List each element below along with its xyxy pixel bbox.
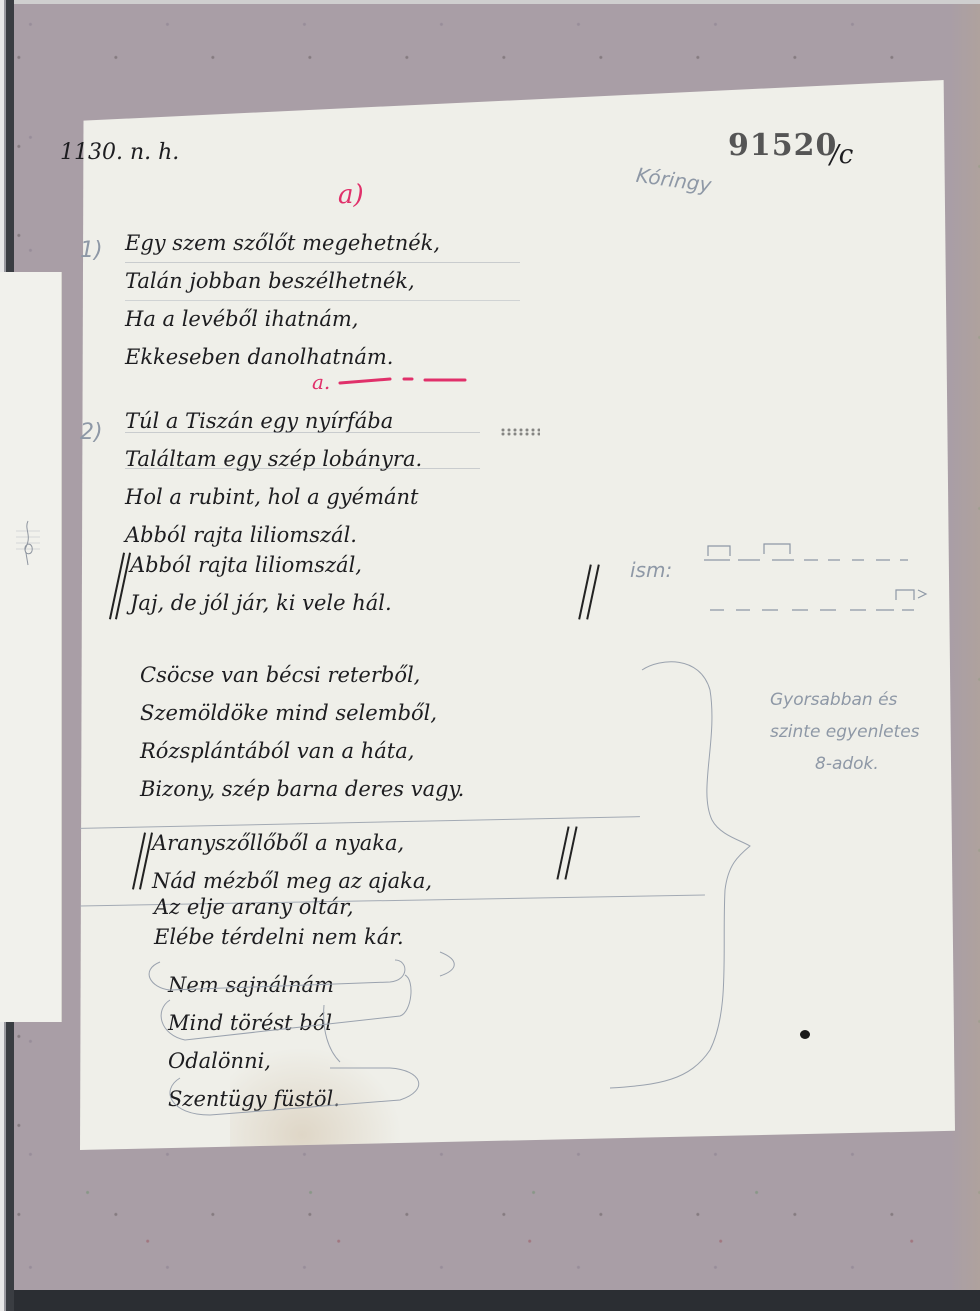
repeat-line-2: Jaj, de jól jár, ki vele hál. bbox=[130, 584, 392, 622]
catalog-note: 1130. n. h. bbox=[60, 140, 179, 165]
stanza-3-repeat: Aranyszőllőből a nyaka, Nád mézből meg a… bbox=[152, 824, 432, 900]
adjacent-page-strip bbox=[0, 272, 62, 1022]
stanza-3-closing: Az elje arany oltár, Elébe térdelni nem … bbox=[154, 892, 404, 952]
stanza-3-line-2: Szemöldöke mind selemből, bbox=[140, 694, 464, 732]
ink-blot bbox=[800, 1030, 810, 1039]
stanza-2-line-2: Találtam egy szép lobányra. bbox=[125, 440, 422, 478]
margin-tempo-note: Gyorsabban és szinte egyenletes 8-adok. bbox=[770, 690, 920, 786]
scanned-manuscript: 1130. n. h. 91520 /c Kóringy a) 1) Egy s… bbox=[0, 0, 980, 1311]
stanza-3-line-4: Bizony, szép barna deres vagy. bbox=[140, 770, 464, 808]
margin-note-line-1: Gyorsabban és bbox=[770, 690, 920, 722]
stanza-2-line-1: Túl a Tiszán egy nyírfába bbox=[125, 402, 422, 440]
pencil-guideline bbox=[125, 432, 480, 433]
stanza-3-repeat-line-1: Aranyszőllőből a nyaka, bbox=[152, 824, 432, 862]
stanza-3-line-1: Csöcse van bécsi reterből, bbox=[140, 656, 464, 694]
stanza-2-repeat: Abból rajta liliomszál, Jaj, de jól jár,… bbox=[130, 546, 392, 622]
pencil-brace bbox=[600, 650, 760, 1100]
stanza-2-number: 2) bbox=[80, 420, 103, 445]
red-dash-mark bbox=[330, 375, 470, 387]
archive-number: 91520 bbox=[728, 128, 837, 163]
pencil-guideline bbox=[125, 262, 520, 263]
archive-suffix: /c bbox=[830, 140, 853, 170]
stanza-2: Túl a Tiszán egy nyírfába Találtam egy s… bbox=[125, 402, 422, 554]
stanza-1-line-3: Ha a levéből ihatnám, bbox=[125, 300, 440, 338]
rhythm-notation-icon bbox=[700, 536, 930, 616]
pencil-circle-marks bbox=[140, 950, 480, 1120]
margin-note-line-3: 8-adok. bbox=[815, 754, 965, 786]
stanza-3: Csöcse van bécsi reterből, Szemöldöke mi… bbox=[140, 656, 464, 808]
stanza-1-line-4: Ekkeseben danolhatnám. bbox=[125, 338, 440, 376]
pencil-guideline bbox=[125, 468, 480, 469]
stanza-1-line-2: Talán jobban beszélhetnék, bbox=[125, 262, 440, 300]
margin-note-line-2: szinte egyenletes bbox=[770, 722, 920, 754]
repeat-pencil-note: ism: bbox=[630, 558, 672, 582]
stray-marks bbox=[500, 428, 540, 436]
stanza-3-line-3: Rózsplántából van a háta, bbox=[140, 732, 464, 770]
stanza-3-closing-line-2: Elébe térdelni nem kár. bbox=[154, 922, 404, 952]
stanza-3-closing-line-1: Az elje arany oltár, bbox=[154, 892, 404, 922]
pencil-guideline bbox=[125, 300, 520, 301]
treble-clef-sketch-icon bbox=[14, 517, 42, 572]
stanza-1-number: 1) bbox=[80, 238, 103, 263]
red-variant-mark: a) bbox=[338, 180, 364, 210]
stanza-1-line-1: Egy szem szőlőt megehetnék, bbox=[125, 224, 440, 262]
stanza-2-line-3: Hol a rubint, hol a gyémánt bbox=[125, 478, 422, 516]
repeat-line-1: Abból rajta liliomszál, bbox=[130, 546, 392, 584]
red-annotation: a. bbox=[312, 370, 330, 394]
